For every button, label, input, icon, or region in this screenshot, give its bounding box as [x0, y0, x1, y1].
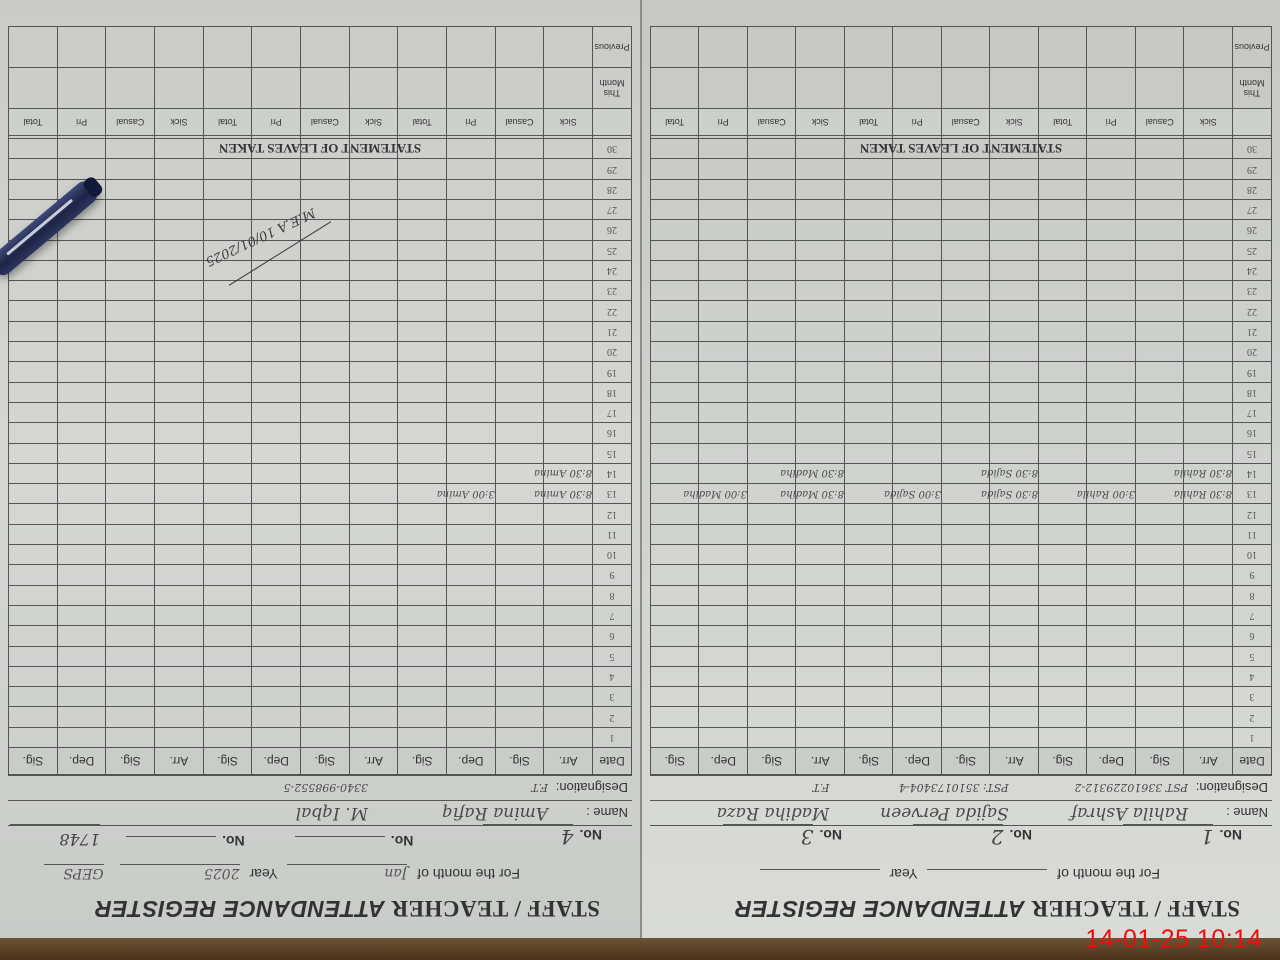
date-row: 6 — [651, 626, 1272, 646]
date-row: 23 — [9, 281, 632, 301]
date-row: 7 — [9, 605, 632, 625]
date-row: 15 — [9, 443, 632, 463]
date-row: 25 — [651, 240, 1272, 260]
date-row: 27 — [9, 199, 632, 219]
attendance-register-book: STAFF / TEACHER ATTENDANCE REGISTER For … — [0, 0, 1280, 944]
page-staff-1-3: STAFF / TEACHER ATTENDANCE REGISTER For … — [640, 0, 1280, 944]
date-row: 11 — [651, 524, 1272, 544]
date-row: 4 — [651, 666, 1272, 686]
date-row: 15 — [651, 443, 1272, 463]
date-row: 18 — [651, 382, 1272, 402]
date-row: 17 — [9, 402, 632, 422]
designation-row: Designation: PST 33610229312-2PST: 35101… — [650, 775, 1272, 800]
grid-header: Date Arr.Sig.Dep.Sig. Arr.Sig.Dep.Sig. A… — [651, 748, 1272, 775]
date-row: 7 — [651, 605, 1272, 625]
year-note: GEPS — [44, 864, 104, 881]
year-field — [760, 869, 880, 870]
date-row: 18 — [9, 382, 632, 402]
date-row: 28 — [651, 179, 1272, 199]
staff-name-2: Sajida Perveen — [829, 803, 1008, 823]
date-row: 22 — [9, 301, 632, 321]
staff-number-row-2: No.4 No. No. 1748 — [10, 824, 630, 849]
leave-statement-left: SickCasualPriTotal SickCasualPriTotal Si… — [8, 26, 632, 136]
staff-info: Name : Rahila AshrafSajida PerveenMadiha… — [650, 775, 1272, 826]
date-row: 3 — [9, 687, 632, 707]
date-row: 17 — [651, 402, 1272, 422]
date-row: 12 — [9, 504, 632, 524]
date-row: 10 — [9, 545, 632, 565]
date-row: 20 — [651, 342, 1272, 362]
staff-info-2: Name : Amina RafiqM. Iqbal Designation: … — [8, 775, 632, 826]
timestamp-overlay: 14-01-25 10:14 — [1085, 925, 1262, 954]
page-staff-4-6: STAFF / TEACHER ATTENDANCE REGISTER For … — [0, 0, 640, 944]
date-row: 4 — [9, 666, 632, 686]
date-row: 138:30 Rahila3:00 Rahila8:30 Sajida3:00 … — [651, 484, 1272, 504]
date-row: 16 — [9, 423, 632, 443]
date-row: 21 — [651, 321, 1272, 341]
date-row: 19 — [9, 362, 632, 382]
staff-name-1: Rahila Ashraf — [1009, 803, 1188, 823]
year-field-2: 2025 — [120, 864, 240, 881]
name-row: Name : Rahila AshrafSajida PerveenMadiha… — [650, 800, 1272, 825]
date-row: 24 — [9, 260, 632, 280]
month-year-row-2: For the month of Jan Year 2025 GEPS — [38, 864, 520, 882]
date-row: 12 — [651, 504, 1272, 524]
date-row: 2 — [651, 707, 1272, 727]
attendance-grid-right: Date Arr.Sig.Dep.Sig. Arr.Sig.Dep.Sig. A… — [650, 118, 1272, 776]
register-title: STAFF / TEACHER ATTENDANCE REGISTER — [735, 895, 1240, 922]
register-title-2: STAFF / TEACHER ATTENDANCE REGISTER — [95, 895, 600, 922]
date-row: 11 — [9, 524, 632, 544]
leave-statement-right: SickCasualPriTotal SickCasualPriTotal Si… — [650, 26, 1272, 136]
date-row: 148:30 Rahila8:30 Sajida8:30 Madiha — [651, 463, 1272, 483]
date-row: 22 — [651, 301, 1272, 321]
staff-name-3: Madiha Raza — [650, 803, 829, 823]
date-row: 29 — [651, 159, 1272, 179]
date-row: 23 — [651, 281, 1272, 301]
staff-number-row: No.1 No.2 No.3 — [652, 824, 1270, 849]
date-row: 21 — [9, 321, 632, 341]
date-row: 29 — [9, 159, 632, 179]
date-row: 138:30 Amina3:00 Amina — [9, 484, 632, 504]
date-row: 27 — [651, 199, 1272, 219]
date-row: 26 — [9, 220, 632, 240]
date-row: 19 — [651, 362, 1272, 382]
date-row: 8 — [9, 585, 632, 605]
date-row: 2 — [9, 707, 632, 727]
month-field — [927, 869, 1047, 870]
date-row: 5 — [9, 646, 632, 666]
date-row: 1 — [9, 727, 632, 747]
date-row: 20 — [9, 342, 632, 362]
date-row: 5 — [651, 646, 1272, 666]
statement-title: STATEMENT OF LEAVES TAKEN — [642, 140, 1280, 156]
date-row: 8 — [651, 585, 1272, 605]
date-row: 26 — [651, 220, 1272, 240]
date-row: 10 — [651, 545, 1272, 565]
register-photo: STAFF / TEACHER ATTENDANCE REGISTER For … — [0, 0, 1280, 960]
date-row: 148:30 Amina — [9, 463, 632, 483]
staff-name-4: Amina Rafiq — [368, 803, 548, 823]
extra-note: 1748 — [10, 824, 100, 849]
month-year-row: For the month of Year — [754, 866, 1160, 882]
date-row: 24 — [651, 260, 1272, 280]
date-row: 9 — [9, 565, 632, 585]
date-row: 16 — [651, 423, 1272, 443]
date-row: 6 — [9, 626, 632, 646]
date-row: 9 — [651, 565, 1272, 585]
date-row: 3 — [651, 687, 1272, 707]
date-row: 1 — [651, 727, 1272, 747]
attendance-grid-left: Date Arr.Sig.Dep.Sig. Arr.Sig.Dep.Sig. A… — [8, 118, 632, 776]
date-row: 25 — [9, 240, 632, 260]
month-field-2: Jan — [287, 864, 407, 881]
staff-name-5: M. Iqbal — [188, 803, 368, 823]
